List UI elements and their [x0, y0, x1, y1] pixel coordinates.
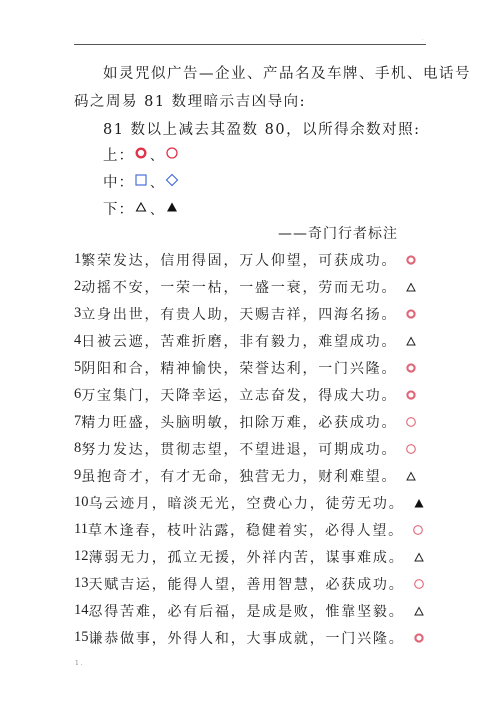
hollow-triangle-icon [405, 470, 417, 482]
legend-lower-label: 下： [103, 198, 134, 219]
entry-text: 薄弱无力，孤立无援，外祥内苦，谋事难成。 [89, 547, 405, 567]
entry-number: 14 [74, 602, 89, 619]
legend-separator: 、 [150, 199, 163, 218]
entry-row: 4日被云遮，苦难折磨，非有毅力，难望成功。 [74, 327, 394, 354]
thick-circle-icon [405, 308, 417, 320]
entry-number: 9 [74, 467, 81, 484]
hollow-triangle-icon [134, 200, 148, 218]
entry-row: 11草木逢春，枝叶沾露，稳健着实，必得人望。 [74, 516, 394, 543]
hollow-triangle-icon [413, 605, 425, 617]
entry-row: 13天赋吉运，能得人望，善用智慧，必获成功。 [74, 570, 394, 597]
thick-circle-icon [405, 362, 417, 374]
entry-row: 15谦恭做事，外得人和，大事成就，一门兴隆。 [74, 624, 394, 651]
legend-middle-label: 中： [103, 171, 134, 192]
entry-text: 天赋吉运，能得人望，善用智慧，必获成功。 [89, 574, 405, 594]
legend-lower: 下： 、 [103, 198, 179, 219]
thin-circle-icon [413, 578, 425, 590]
entry-row: 6万宝集门，天降幸运，立志奋发，得成大功。 [74, 381, 394, 408]
filled-triangle-icon [413, 497, 425, 509]
entry-text: 乌云迹月，暗淡无光，空费心力，徒劳无功。 [89, 493, 405, 513]
entry-number: 5 [74, 359, 81, 376]
entry-text: 谦恭做事，外得人和，大事成就，一门兴隆。 [89, 628, 405, 648]
square-icon [134, 173, 148, 191]
footer-mark: 1 . [75, 660, 83, 667]
hollow-triangle-icon [413, 551, 425, 563]
entry-number: 11 [74, 521, 88, 538]
entry-row: 1繁荣发达，信用得固，万人仰望，可获成功。 [74, 246, 394, 273]
entry-number: 6 [74, 386, 81, 403]
entry-number: 8 [74, 440, 81, 457]
legend-middle: 中： 、 [103, 171, 179, 192]
entry-row: 10乌云迹月，暗淡无光，空费心力，徒劳无功。 [74, 489, 394, 516]
thin-circle-icon [165, 146, 179, 164]
thin-circle-icon [405, 416, 417, 428]
thick-circle-icon [405, 254, 417, 266]
entry-text: 万宝集门，天降幸运，立志奋发，得成大功。 [81, 385, 397, 405]
legend-upper-label: 上： [103, 144, 134, 165]
entry-row: 9虽抱奇才，有才无命，独营无力，财利难望。 [74, 462, 394, 489]
entry-number: 13 [74, 575, 89, 592]
thin-circle-icon [412, 524, 424, 536]
entry-number: 12 [74, 548, 89, 565]
entry-row: 3立身出世，有贵人助，天赐吉祥，四海名扬。 [74, 300, 394, 327]
diamond-icon [165, 173, 179, 191]
intro-line-3: 81 数以上减去其盈数 80，以所得余数对照: [103, 118, 421, 139]
signature: ——奇门行者标注 [278, 223, 398, 243]
hollow-triangle-icon [405, 281, 417, 293]
entry-row: 12薄弱无力，孤立无援，外祥内苦，谋事难成。 [74, 543, 394, 570]
header-rule [74, 44, 426, 45]
entry-number: 10 [74, 494, 89, 511]
thin-circle-icon [405, 443, 417, 455]
entry-number: 3 [74, 305, 81, 322]
entry-text: 动摇不安，一荣一枯，一盛一衰，劳而无功。 [81, 277, 397, 297]
intro-line-1: 如灵咒似广告—企业、产品名及车牌、手机、电话号 [103, 62, 471, 83]
thick-circle-icon [405, 389, 417, 401]
entry-row: 14忍得苦难，必有后福，是成是败，惟靠坚毅。 [74, 597, 394, 624]
legend-separator: 、 [150, 145, 163, 164]
intro-line-2: 码之周易 81 数理暗示吉凶导向: [74, 90, 306, 111]
thick-circle-icon [413, 632, 425, 644]
filled-triangle-icon [165, 200, 179, 218]
entry-text: 努力发达，贯彻志望，不望进退，可期成功。 [81, 439, 397, 459]
entry-text: 立身出世，有贵人助，天赐吉祥，四海名扬。 [81, 304, 397, 324]
entry-number: 2 [74, 278, 81, 295]
entry-row: 5阴阳和合，精神愉快，荣誉达利，一门兴隆。 [74, 354, 394, 381]
entry-text: 阴阳和合，精神愉快，荣誉达利，一门兴隆。 [81, 358, 397, 378]
entry-text: 虽抱奇才，有才无命，独营无力，财利难望。 [81, 466, 397, 486]
hollow-triangle-icon [405, 335, 417, 347]
header-mark: . [422, 36, 424, 42]
entry-number: 15 [74, 629, 89, 646]
entry-text: 精力旺盛，头脑明敏，扣除万难，必获成功。 [81, 412, 397, 432]
entry-row: 7精力旺盛，头脑明敏，扣除万难，必获成功。 [74, 408, 394, 435]
legend-separator: 、 [150, 172, 163, 191]
legend-upper: 上： 、 [103, 144, 179, 165]
thick-circle-icon [134, 146, 148, 164]
entry-text: 忍得苦难，必有后福，是成是败，惟靠坚毅。 [89, 601, 405, 621]
entry-number: 7 [74, 413, 81, 430]
entry-number: 4 [74, 332, 81, 349]
entry-text: 繁荣发达，信用得固，万人仰望，可获成功。 [81, 250, 397, 270]
entry-text: 日被云遮，苦难折磨，非有毅力，难望成功。 [81, 331, 397, 351]
entry-text: 草木逢春，枝叶沾露，稳健着实，必得人望。 [88, 520, 404, 540]
entry-row: 8努力发达，贯彻志望，不望进退，可期成功。 [74, 435, 394, 462]
entry-row: 2动摇不安，一荣一枯，一盛一衰，劳而无功。 [74, 273, 394, 300]
entry-number: 1 [74, 251, 81, 268]
entry-list: 1繁荣发达，信用得固，万人仰望，可获成功。2动摇不安，一荣一枯，一盛一衰，劳而无… [74, 246, 394, 651]
